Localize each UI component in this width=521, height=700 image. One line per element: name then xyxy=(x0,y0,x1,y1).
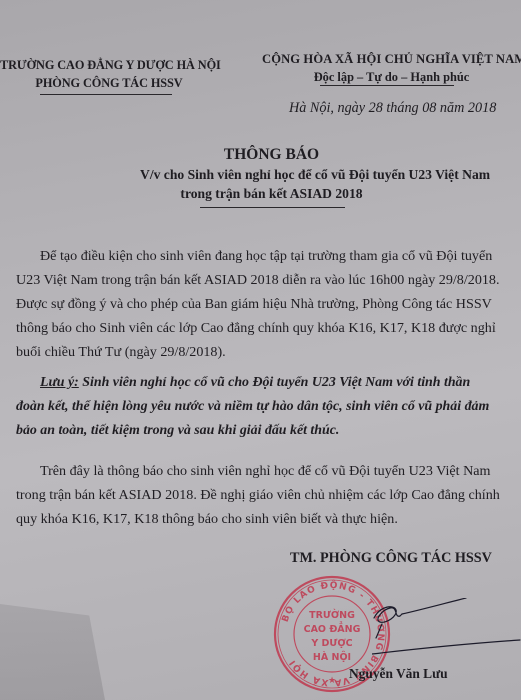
title-block: THÔNG BÁO V/v cho Sinh viên nghỉ học để … xyxy=(140,146,403,202)
paper-shadow xyxy=(0,604,105,700)
paragraph-line: buổi chiều Thứ Tư (ngày 29/8/2018). xyxy=(16,340,506,364)
paragraph-line: U23 Việt Nam trong trận bán kết ASIAD 20… xyxy=(16,268,506,292)
national-title: CỘNG HÒA XÃ HỘI CHỦ NGHĨA VIỆT NAM xyxy=(262,52,521,67)
national-motto: Độc lập – Tự do – Hạnh phúc xyxy=(262,70,521,85)
svg-text:HÀ NỘI: HÀ NỘI xyxy=(313,651,351,663)
paragraph-note: Lưu ý: Sinh viên nghỉ học cổ vũ cho Đội … xyxy=(16,371,506,443)
document-title: THÔNG BÁO xyxy=(140,146,403,164)
header-right: CỘNG HÒA XÃ HỘI CHỦ NGHĨA VIỆT NAM Độc l… xyxy=(262,52,521,85)
svg-text:TRƯỜNG: TRƯỜNG xyxy=(309,609,355,621)
paragraph-line: quy khóa K16, K17, K18 thông báo cho sin… xyxy=(16,507,506,531)
svg-text:Y DƯỢC: Y DƯỢC xyxy=(310,638,352,649)
handwritten-signature-icon xyxy=(372,598,521,670)
header-right-underline xyxy=(320,85,454,86)
department-name: PHÒNG CÔNG TÁC HSSV xyxy=(0,76,218,91)
signature-title: TM. PHÒNG CÔNG TÁC HSSV xyxy=(290,550,492,567)
header-left: TRƯỜNG CAO ĐẲNG Y DƯỢC HÀ NỘI PHÒNG CÔNG… xyxy=(0,58,218,91)
paragraph-line: đoàn kết, thể hiện lòng yêu nước và niềm… xyxy=(16,395,506,419)
paragraph-line: bảo an toàn, tiết kiệm trong và sau khi … xyxy=(16,419,506,443)
paragraph-line: Để tạo điều kiện cho sinh viên đang học … xyxy=(16,244,506,268)
title-underline xyxy=(200,207,345,208)
header-left-underline xyxy=(40,94,172,95)
paragraph-announcement: Để tạo điều kiện cho sinh viên đang học … xyxy=(16,244,506,364)
note-text: Sinh viên nghỉ học cổ vũ cho Đội tuyển U… xyxy=(79,375,470,390)
paragraph-line: trong trận bán kết ASIAD 2018. Đề nghị g… xyxy=(16,483,506,507)
school-name: TRƯỜNG CAO ĐẲNG Y DƯỢC HÀ NỘI xyxy=(0,58,218,73)
svg-text:★: ★ xyxy=(328,676,336,686)
paragraph-line: thông báo cho Sinh viên các lớp Cao đẳng… xyxy=(16,316,506,340)
document-date: Hà Nội, ngày 28 tháng 08 năm 2018 xyxy=(289,100,496,117)
document-subject-line2: trong trận bán kết ASIAD 2018 xyxy=(140,186,403,202)
note-label: Lưu ý: xyxy=(40,375,79,390)
paragraph-closing: Trên đây là thông báo cho sinh viên nghỉ… xyxy=(16,459,506,531)
paragraph-line: Trên đây là thông báo cho sinh viên nghỉ… xyxy=(16,459,506,483)
paragraph-line: Được sự đồng ý và cho phép của Ban giám … xyxy=(16,292,506,316)
note-line-1: Lưu ý: Sinh viên nghỉ học cổ vũ cho Đội … xyxy=(16,371,506,395)
document-subject-line1: V/v cho Sinh viên nghỉ học để cổ vũ Đội … xyxy=(140,167,403,183)
signatory-name: Nguyễn Văn Lưu xyxy=(349,666,448,682)
svg-text:CAO ĐẲNG: CAO ĐẲNG xyxy=(304,622,361,635)
